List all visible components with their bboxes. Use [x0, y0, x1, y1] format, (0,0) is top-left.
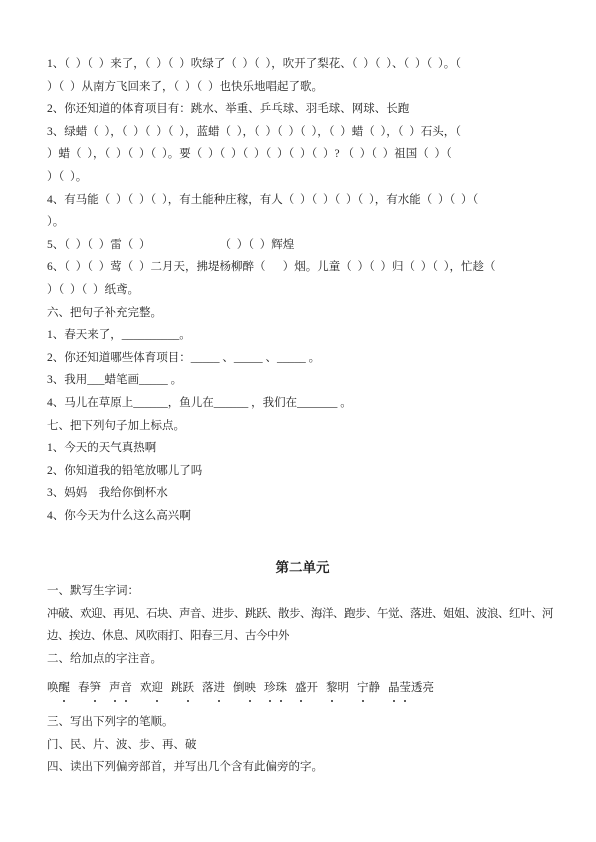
section-six-item-3: 3、我用___蜡笔画_____ 。	[47, 369, 558, 392]
section-seven-item-1: 1、今天的天气真热啊	[47, 437, 558, 460]
fill-blank-line-1a: 1、（ ）（ ）来了，（ ）（ ）吹绿了（ ）（ ），吹开了梨花、（ ）（ ）、…	[47, 53, 558, 76]
dotted-character: 笋	[90, 677, 102, 700]
section-three-heading: 三、写出下列字的笔顺。	[47, 711, 558, 734]
plain-character: 透	[411, 682, 423, 694]
dotted-word: 落进	[202, 677, 225, 700]
dotted-character: 进	[214, 677, 226, 700]
dotted-word: 声音	[109, 677, 132, 700]
plain-character: 明	[338, 682, 350, 694]
fill-blank-line-3a: 3、绿蜡（ ），（ ）（ ）（ ），蓝蜡（ ），（ ）（ ）（ ），（ ）蜡（ …	[47, 121, 558, 144]
dotted-character: 音	[121, 677, 133, 700]
plain-character: 跳	[171, 682, 183, 694]
dotted-word: 欢迎	[140, 677, 163, 700]
dotted-character: 晶	[388, 677, 400, 700]
plain-character: 倒	[233, 682, 245, 694]
dictation-words-line-1: 冲破、欢迎、再见、石块、声音、进步、跳跃、散步、海洋、跑步、午觉、落进、姐姐、波…	[47, 603, 558, 626]
plain-character: 欢	[140, 682, 152, 694]
dotted-word: 盛开	[295, 677, 318, 700]
stroke-order-characters-line: 门、民、片、波、步、再、破	[47, 734, 558, 757]
section-seven-item-3: 3、妈妈 我给你倒杯水	[47, 482, 558, 505]
dotted-character: 珠	[276, 677, 288, 700]
worksheet-page: 1、（ ）（ ）来了，（ ）（ ）吹绿了（ ）（ ），吹开了梨花、（ ）（ ）、…	[0, 0, 596, 842]
section-six-heading: 六、把句子补充完整。	[47, 302, 558, 325]
fill-blank-line-6b: ）（ ）（ ）纸鸢。	[47, 279, 558, 302]
dotted-word: 晶莹透亮	[388, 677, 434, 700]
worksheet-content: 1、（ ）（ ）来了，（ ）（ ）吹绿了（ ）（ ），吹开了梨花、（ ）（ ）、…	[0, 0, 596, 779]
dotted-character: 迎	[152, 677, 164, 700]
plain-character: 亮	[423, 682, 435, 694]
plain-character: 春	[78, 682, 90, 694]
section-four-heading: 四、读出下列偏旁部首，并写出几个含有此偏旁的字。	[47, 756, 558, 779]
dotted-word: 宁静	[357, 677, 380, 700]
dotted-word: 跳跃	[171, 677, 194, 700]
dotted-word: 黎明	[326, 677, 349, 700]
dotted-character: 黎	[326, 677, 338, 700]
section-six-item-4: 4、马儿在草原上______，鱼儿在______ ，我们在_______ 。	[47, 392, 558, 415]
fill-blank-line-4a: 4、有马能（ ）（ ）（ ），有土能种庄稼，有人（ ）（ ）（ ）（ ），有水能…	[47, 189, 558, 212]
fill-blank-line-6a: 6、（ ）（ ）莺（ ）二月天，拂堤杨柳醉（ ）烟。儿童（ ）（ ）归（ ）（ …	[47, 256, 558, 279]
fill-blank-line-5: 5、（ ）（ ）雷（ ） （ ）（ ）辉煌	[47, 234, 558, 257]
fill-blank-line-4b: ）。	[47, 211, 558, 234]
plain-character: 唤	[47, 682, 59, 694]
section-six-item-1: 1、春天来了，__________。	[47, 324, 558, 347]
fill-blank-line-2: 2、你还知道的体育项目有：跳水、举重、乒乓球、羽毛球、网球、长跑	[47, 98, 558, 121]
fill-blank-line-3b: ）蜡（ ），（ ）（ ）（ ）。要（ ）（ ）（ ）（ ）（ ）（ ）? （ ）…	[47, 143, 558, 166]
dotted-character: 盛	[295, 677, 307, 700]
dotted-character: 映	[245, 677, 257, 700]
dotted-word: 唤醒	[47, 677, 70, 700]
dotted-character: 宁	[357, 677, 369, 700]
plain-character: 静	[369, 682, 381, 694]
plain-character: 开	[307, 682, 319, 694]
section-seven-heading: 七、把下列句子加上标点。	[47, 415, 558, 438]
plain-character: 落	[202, 682, 214, 694]
dotted-character: 跃	[183, 677, 195, 700]
dotted-character: 莹	[400, 677, 412, 700]
fill-blank-line-1b: ）（ ）从南方飞回来了，（ ）（ ）也快乐地唱起了歌。	[47, 76, 558, 99]
dotted-word: 倒映	[233, 677, 256, 700]
dotted-word: 珍珠	[264, 677, 287, 700]
dotted-word: 春笋	[78, 677, 101, 700]
dotted-character: 声	[109, 677, 121, 700]
section-one-heading: 一、默写生字词：	[47, 580, 558, 603]
dotted-character: 珍	[264, 677, 276, 700]
pinyin-dotted-words-line: 唤醒春笋声音欢迎跳跃落进倒映珍珠盛开黎明宁静晶莹透亮	[47, 677, 558, 700]
section-seven-item-2: 2、你知道我的铅笔放哪儿了吗	[47, 460, 558, 483]
fill-blank-line-3c: ）（ ）。	[47, 166, 558, 189]
section-seven-item-4: 4、你今天为什么这么高兴啊	[47, 505, 558, 528]
dictation-words-line-2: 边、挨边、休息、风吹雨打、阳春三月、古今中外	[47, 625, 558, 648]
unit-two-title: 第二单元	[47, 557, 558, 580]
section-two-heading: 二、给加点的字注音。	[47, 648, 558, 671]
section-six-item-2: 2、你还知道哪些体育项目：_____ 、_____ 、_____ 。	[47, 347, 558, 370]
dotted-character: 醒	[59, 677, 71, 700]
